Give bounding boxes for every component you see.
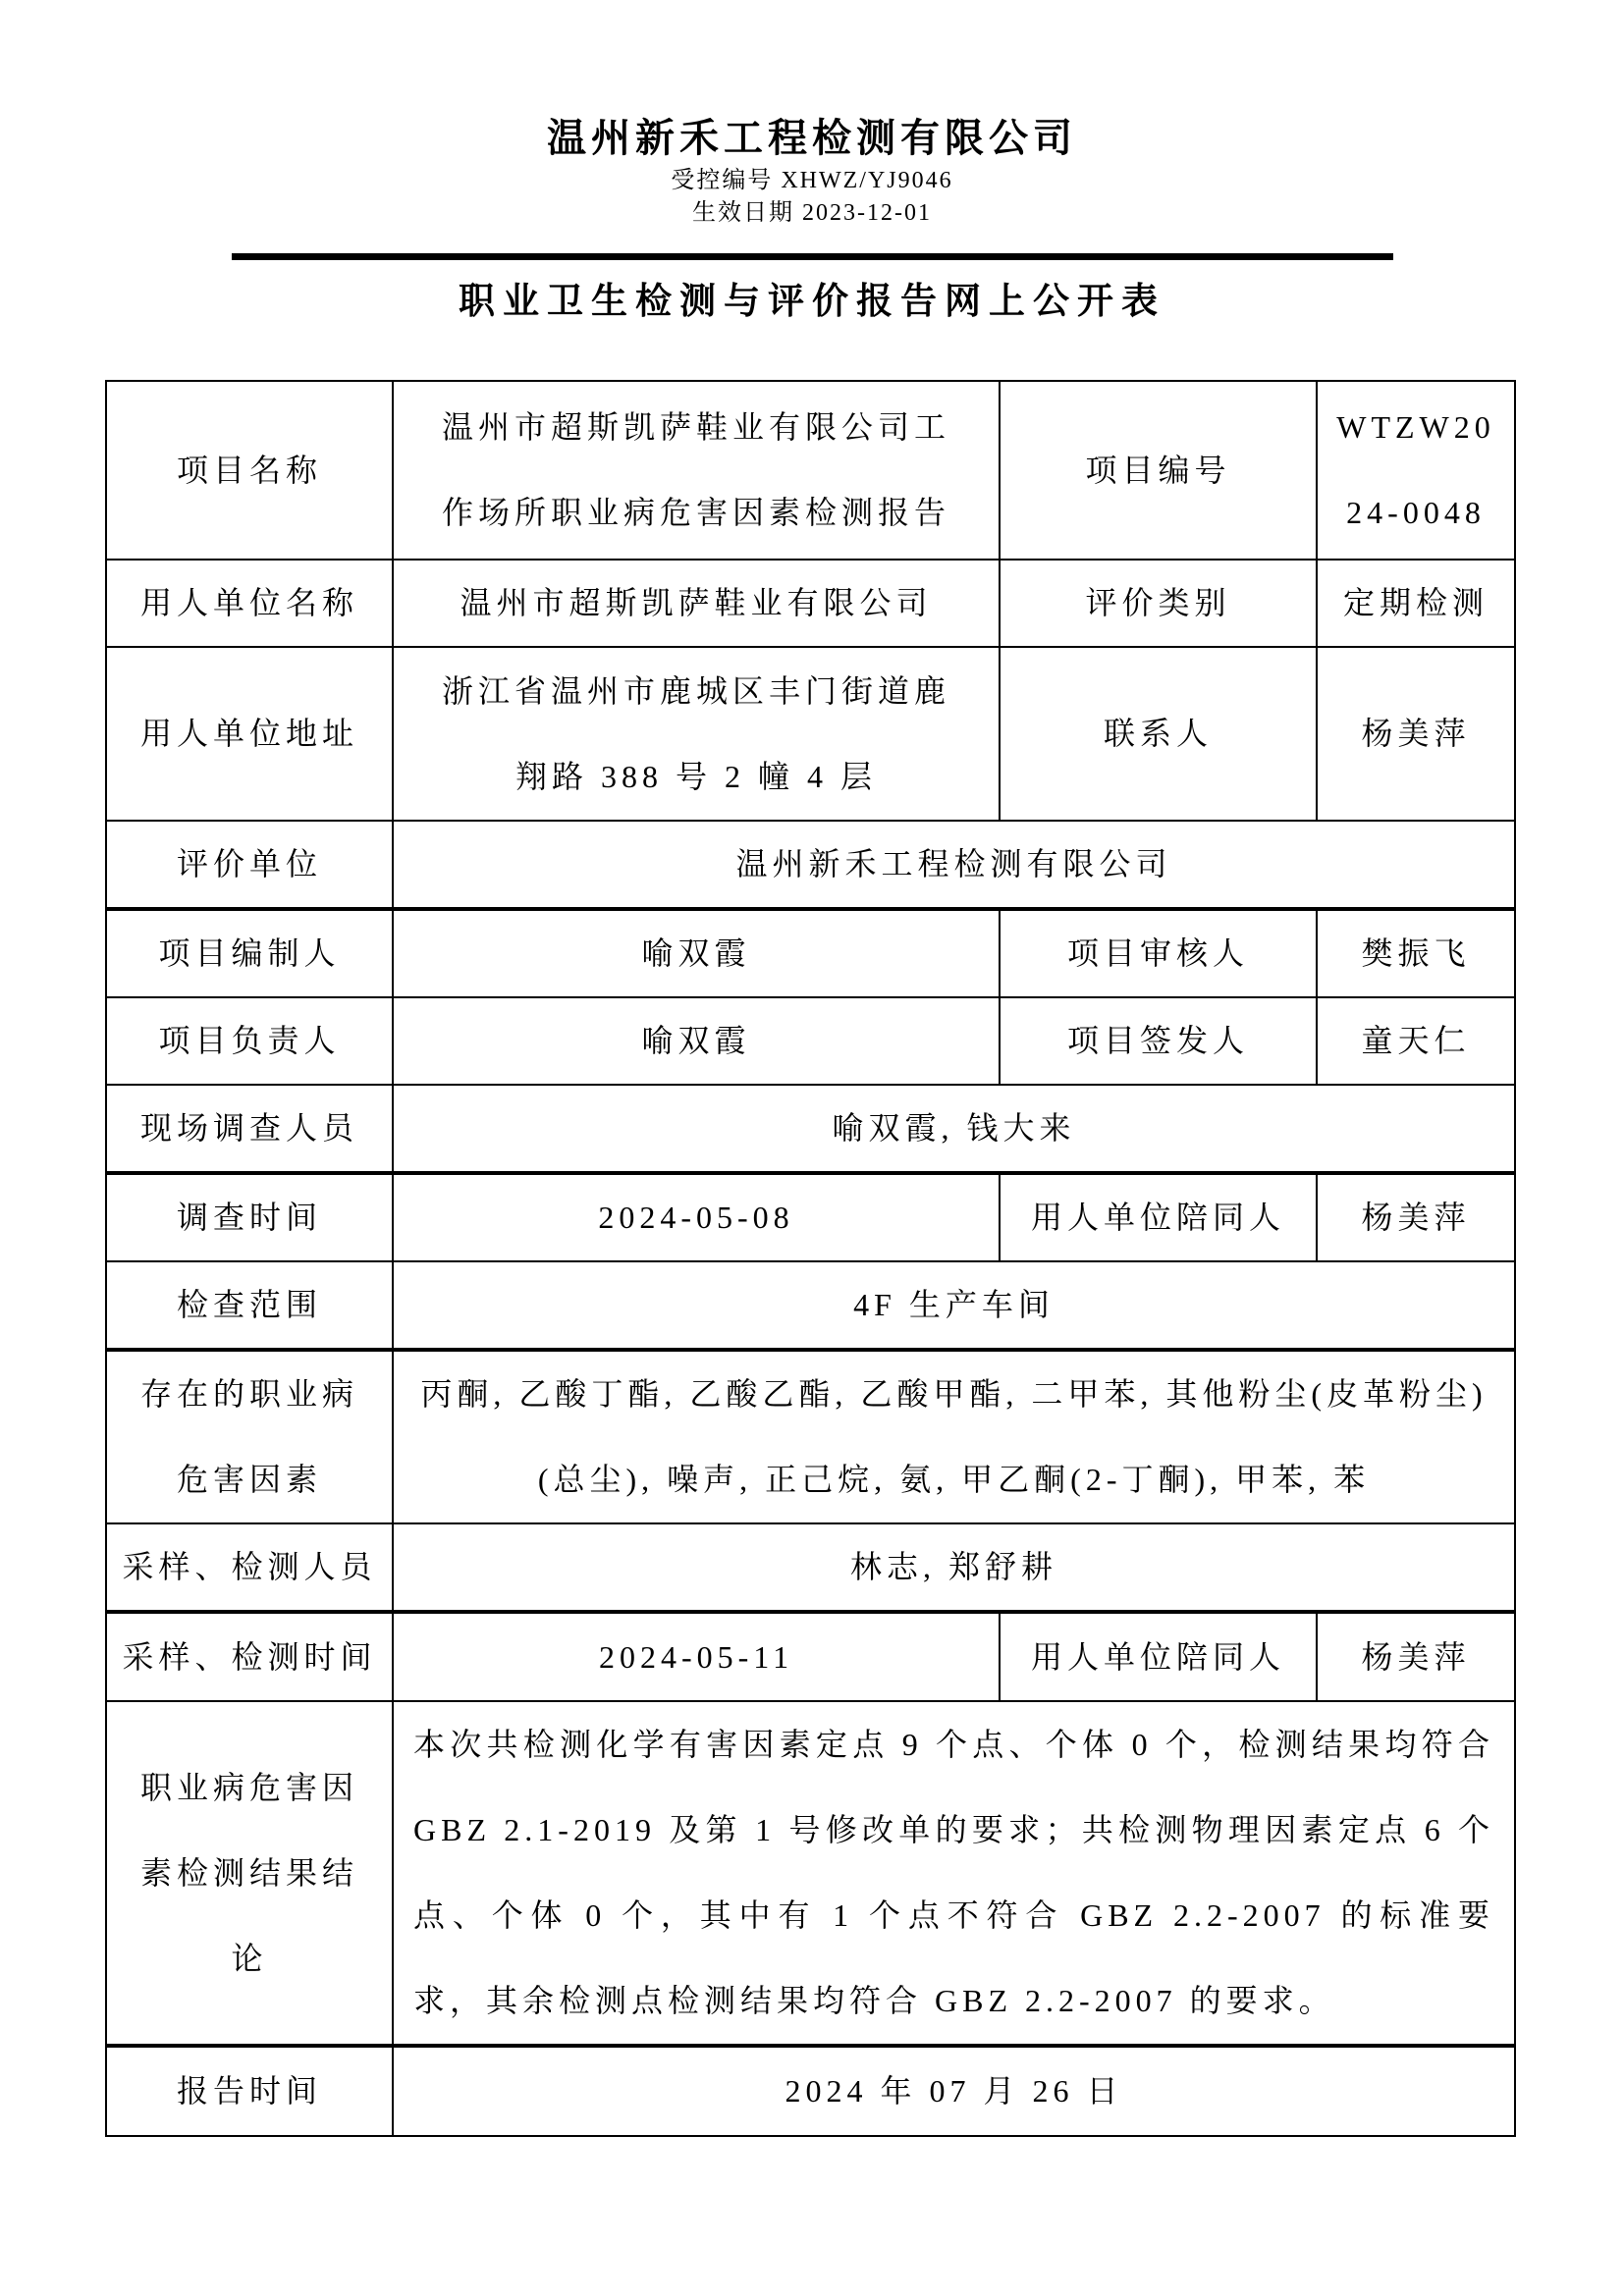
value-survey-escort: 杨美萍 [1317,1173,1515,1261]
label-sampling-staff: 采样、检测人员 [106,1523,393,1612]
label-project-name: 项目名称 [106,381,393,560]
company-title: 温州新禾工程检测有限公司 [0,0,1624,161]
label-compiler: 项目编制人 [106,909,393,997]
label-reviewer: 项目审核人 [1000,909,1317,997]
value-sampling-staff: 林志, 郑舒耕 [393,1523,1515,1612]
value-conclusion: 本次共检测化学有害因素定点 9 个点、个体 0 个，检测结果均符合 GBZ 2.… [393,1701,1515,2046]
value-site-survey-staff: 喻双霞, 钱大来 [393,1085,1515,1173]
row-sampling-staff: 采样、检测人员 林志, 郑舒耕 [106,1523,1515,1612]
form-title: 职业卫生检测与评价报告网上公开表 [0,282,1624,323]
label-hazard-factors: 存在的职业病危害因素 [106,1350,393,1523]
value-sampling-date: 2024-05-11 [393,1612,1000,1701]
value-employer-name: 温州市超斯凯萨鞋业有限公司 [393,560,1000,647]
label-sampling-escort: 用人单位陪同人 [1000,1612,1317,1701]
label-contact: 联系人 [1000,647,1317,821]
row-employer-name: 用人单位名称 温州市超斯凯萨鞋业有限公司 评价类别 定期检测 [106,560,1515,647]
report-table: 项目名称 温州市超斯凯萨鞋业有限公司工作场所职业病危害因素检测报告 项目编号 W… [105,380,1516,2137]
label-employer-name: 用人单位名称 [106,560,393,647]
value-contact: 杨美萍 [1317,647,1515,821]
label-employer-address: 用人单位地址 [106,647,393,821]
value-leader: 喻双霞 [393,997,1000,1085]
row-report-date: 报告时间 2024 年 07 月 26 日 [106,2046,1515,2136]
header-divider-rule [232,253,1393,260]
effective-date: 生效日期 2023-12-01 [0,197,1624,230]
row-inspection-scope: 检查范围 4F 生产车间 [106,1261,1515,1350]
value-survey-date: 2024-05-08 [393,1173,1000,1261]
value-report-date: 2024 年 07 月 26 日 [393,2046,1515,2136]
value-issuer: 童天仁 [1317,997,1515,1085]
value-inspection-scope: 4F 生产车间 [393,1261,1515,1350]
label-evaluation-type: 评价类别 [1000,560,1317,647]
value-reviewer: 樊振飞 [1317,909,1515,997]
row-site-survey-staff: 现场调查人员 喻双霞, 钱大来 [106,1085,1515,1173]
document-page: 温州新禾工程检测有限公司 受控编号 XHWZ/YJ9046 生效日期 2023-… [0,0,1624,2296]
label-site-survey-staff: 现场调查人员 [106,1085,393,1173]
controlled-number: 受控编号 XHWZ/YJ9046 [0,165,1624,197]
label-issuer: 项目签发人 [1000,997,1317,1085]
label-report-date: 报告时间 [106,2046,393,2136]
label-sampling-date: 采样、检测时间 [106,1612,393,1701]
row-leader: 项目负责人 喻双霞 项目签发人 童天仁 [106,997,1515,1085]
row-survey-date: 调查时间 2024-05-08 用人单位陪同人 杨美萍 [106,1173,1515,1261]
label-survey-date: 调查时间 [106,1173,393,1261]
row-evaluation-org: 评价单位 温州新禾工程检测有限公司 [106,821,1515,909]
label-inspection-scope: 检查范围 [106,1261,393,1350]
value-hazard-factors: 丙酮, 乙酸丁酯, 乙酸乙酯, 乙酸甲酯, 二甲苯, 其他粉尘(皮革粉尘)(总尘… [393,1350,1515,1523]
value-project-no: WTZW2024-0048 [1317,381,1515,560]
value-compiler: 喻双霞 [393,909,1000,997]
label-conclusion: 职业病危害因素检测结果结论 [106,1701,393,2046]
row-sampling-date: 采样、检测时间 2024-05-11 用人单位陪同人 杨美萍 [106,1612,1515,1701]
label-survey-escort: 用人单位陪同人 [1000,1173,1317,1261]
value-evaluation-type: 定期检测 [1317,560,1515,647]
row-compiler: 项目编制人 喻双霞 项目审核人 樊振飞 [106,909,1515,997]
document-header: 温州新禾工程检测有限公司 受控编号 XHWZ/YJ9046 生效日期 2023-… [0,0,1624,323]
label-project-no: 项目编号 [1000,381,1317,560]
row-conclusion: 职业病危害因素检测结果结论 本次共检测化学有害因素定点 9 个点、个体 0 个，… [106,1701,1515,2046]
label-leader: 项目负责人 [106,997,393,1085]
value-evaluation-org: 温州新禾工程检测有限公司 [393,821,1515,909]
row-hazard-factors: 存在的职业病危害因素 丙酮, 乙酸丁酯, 乙酸乙酯, 乙酸甲酯, 二甲苯, 其他… [106,1350,1515,1523]
row-project-name: 项目名称 温州市超斯凯萨鞋业有限公司工作场所职业病危害因素检测报告 项目编号 W… [106,381,1515,560]
row-employer-address: 用人单位地址 浙江省温州市鹿城区丰门街道鹿翔路 388 号 2 幢 4 层 联系… [106,647,1515,821]
value-project-name: 温州市超斯凯萨鞋业有限公司工作场所职业病危害因素检测报告 [393,381,1000,560]
value-sampling-escort: 杨美萍 [1317,1612,1515,1701]
value-employer-address: 浙江省温州市鹿城区丰门街道鹿翔路 388 号 2 幢 4 层 [393,647,1000,821]
label-evaluation-org: 评价单位 [106,821,393,909]
